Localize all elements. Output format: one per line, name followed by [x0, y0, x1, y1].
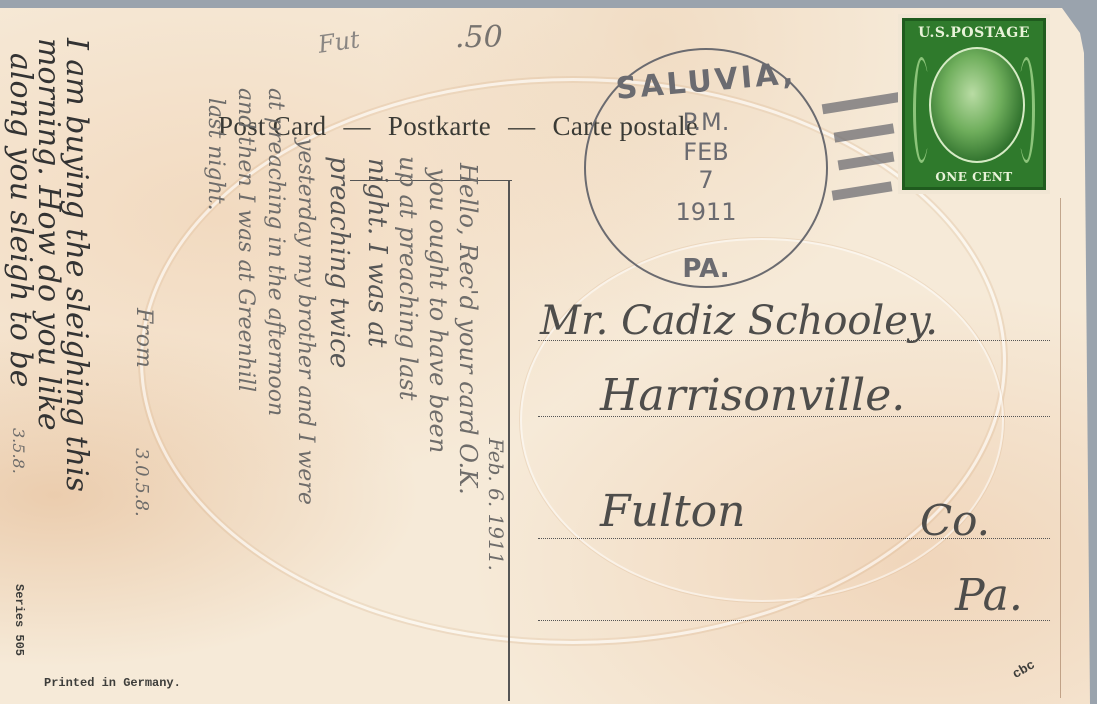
postcard-back: Fut .50 Post Card — Postkarte — Carte po… — [0, 8, 1090, 704]
message-line-3: up at preaching last — [394, 156, 422, 400]
publisher-mark: cbc — [1010, 657, 1038, 682]
message-code-1: 3.0.5.8. — [131, 448, 152, 517]
laurel-right-icon — [1018, 57, 1035, 163]
stamp-value-text: ONE CENT — [905, 170, 1043, 184]
message-line-1: Hello, Rec'd your card O.K. — [454, 163, 482, 495]
message-line-2: you ought to have been — [424, 168, 452, 453]
margin-note-line-3: along you sleigh to be — [3, 53, 38, 387]
address-town: Harrisonville. — [600, 370, 905, 421]
address-county: Fulton — [600, 486, 745, 537]
message-line-8: and then I was at Greenhill — [233, 88, 258, 392]
stamp-top-text: U.S.POSTAGE — [905, 25, 1043, 41]
price-note: .50 — [455, 20, 503, 55]
message-line-9: last night. — [203, 98, 228, 211]
message-line-4: night. I was at — [362, 158, 392, 347]
margin-code-2: 3.5.8. — [9, 428, 28, 474]
center-divider — [508, 181, 510, 701]
message-line-5: preaching twice — [324, 156, 354, 368]
message-date: Feb. 6. 1911. — [484, 438, 508, 571]
address-recipient: Mr. Cadiz Schooley. — [540, 298, 938, 344]
postmark-town: SALUVIA, — [585, 54, 827, 110]
cancel-bar-2 — [834, 123, 895, 142]
postage-stamp: U.S.POSTAGE ONE CENT — [898, 14, 1050, 194]
postmark-year: 1911 — [586, 198, 826, 226]
cancel-bar-1 — [822, 92, 903, 114]
postmark-time: P.M. — [586, 108, 826, 136]
header-dash-1: — — [344, 111, 371, 141]
pencil-note: Fut — [316, 25, 361, 59]
postmark-day: 7 — [586, 166, 826, 194]
franklin-portrait-icon — [929, 47, 1025, 163]
header-dash-2: — — [508, 111, 535, 141]
laurel-left-icon — [913, 57, 930, 163]
message-line-7: at preaching in the afternoon — [263, 88, 288, 416]
address-county-abbrev: Co. — [920, 496, 990, 545]
address-state: Pa. — [955, 570, 1023, 621]
printed-in-germany: Printed in Germany. — [44, 676, 181, 690]
message-signoff: From — [131, 308, 156, 368]
header-german: Postkarte — [388, 111, 491, 141]
right-margin-rule — [1060, 198, 1061, 698]
postmark: SALUVIA, P.M. FEB 7 1911 PA. — [584, 48, 828, 288]
message-line-6: yesterday my brother and I were — [293, 138, 318, 505]
postmark-month: FEB — [586, 138, 826, 166]
series-number: Series 505 — [12, 584, 26, 656]
postmark-state: PA. — [586, 254, 826, 284]
